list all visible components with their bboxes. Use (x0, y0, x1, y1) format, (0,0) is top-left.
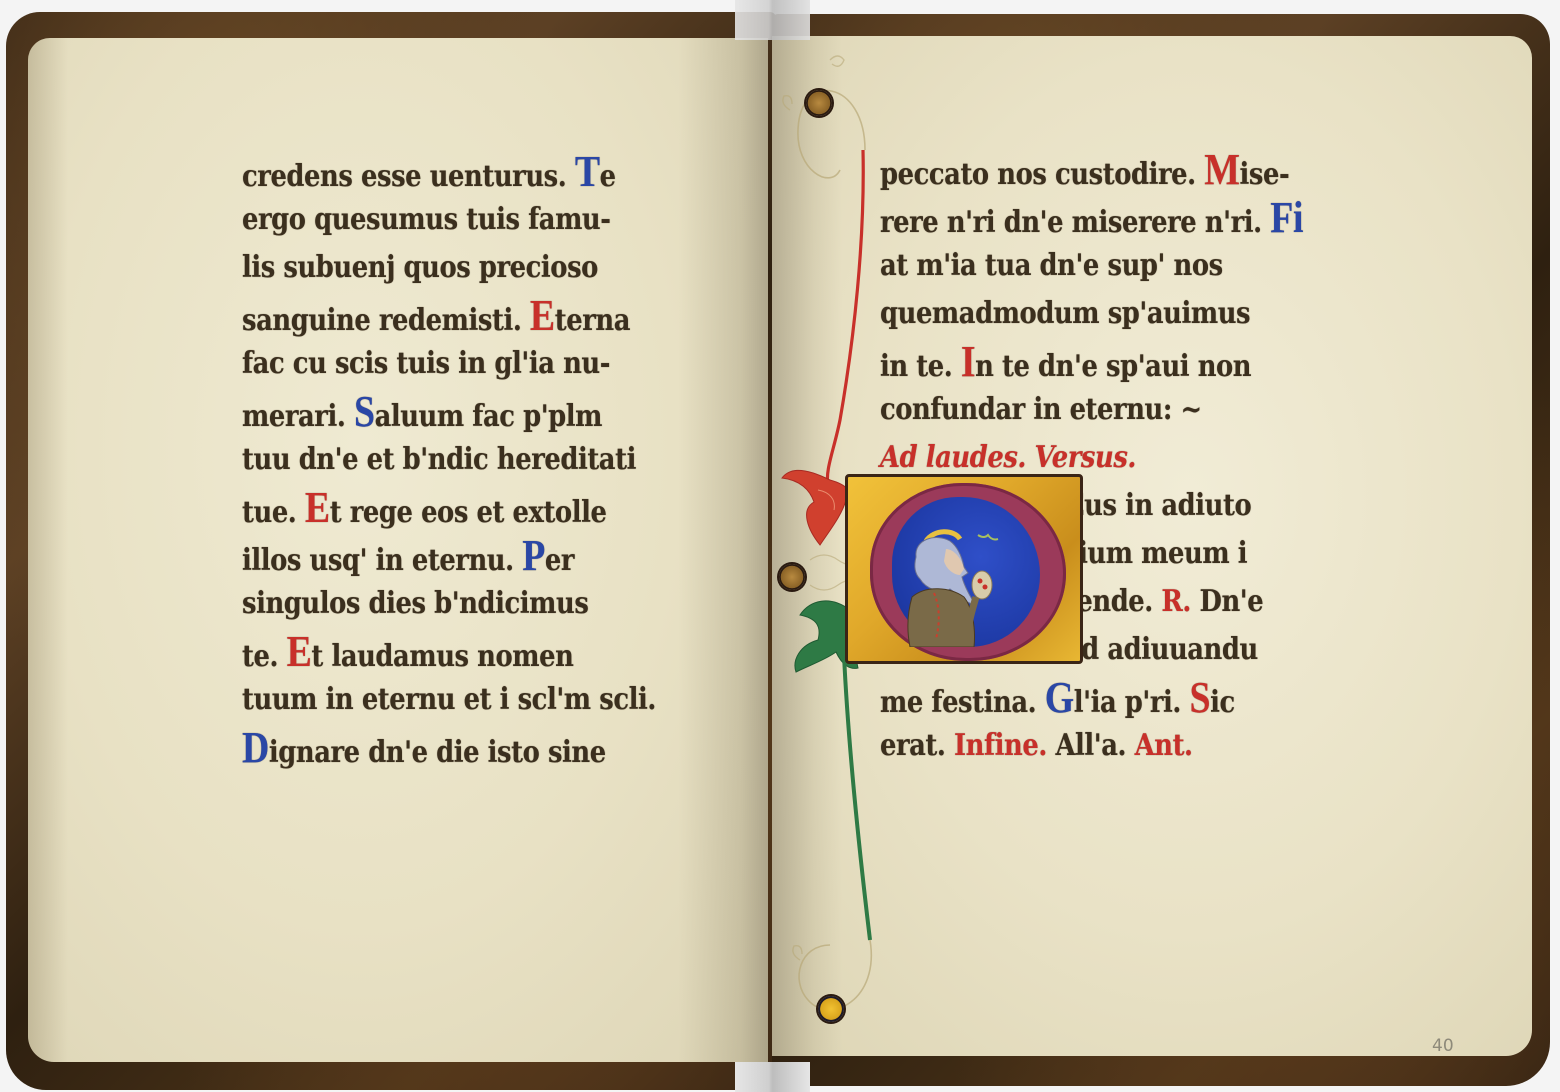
decorated-initial: E (530, 291, 555, 340)
text-segment: singulos dies b'ndicimus (242, 586, 588, 621)
text-segment: t laudamus nomen (311, 639, 573, 674)
decorated-initial: Fi (1270, 193, 1303, 242)
text-line: te. Et laudamus nomen (242, 628, 646, 676)
text-line: me festina. Gl'ia p'ri. Sic (880, 674, 1284, 722)
decorated-initial: P (522, 531, 545, 580)
text-segment: t rege eos et extolle (330, 495, 607, 530)
right-page-text: peccato nos custodire. Mise-rere n'ri dn… (880, 146, 1350, 770)
text-segment: Dn'e (1200, 584, 1264, 619)
rubric-text: Infine. (954, 728, 1055, 763)
open-manuscript: credens esse uenturus. Teergo quesumus t… (0, 0, 1560, 1092)
text-line: peccato nos custodire. Mise- (880, 146, 1284, 194)
text-segment: tuu dn'e et b'ndic hereditati (242, 442, 636, 477)
text-line: at m'ia tua dn'e sup' nos (880, 242, 1284, 290)
text-line: sanguine redemisti. Eterna (242, 292, 646, 340)
decorated-initial: S (1190, 673, 1211, 722)
decorated-initial: E (287, 627, 312, 676)
text-segment: ignare dn'e die isto sine (269, 735, 606, 770)
text-line: confundar in eternu: ~ (880, 386, 1284, 434)
text-segment: l'ia p'ri. (1074, 685, 1190, 720)
text-segment: merari. (242, 399, 354, 434)
rubric-text: Ad laudes. Versus. (880, 440, 1136, 475)
text-line: ergo quesumus tuis famu- (242, 196, 646, 244)
text-segment: e (600, 159, 616, 194)
text-segment: fac cu scis tuis in gl'ia nu- (242, 346, 610, 381)
text-segment: ise- (1240, 157, 1290, 192)
text-line: quemadmodum sp'auimus (880, 290, 1284, 338)
text-line: singulos dies b'ndicimus (242, 580, 646, 628)
roundel-bottom-icon (818, 996, 844, 1022)
text-segment: illos usq' in eternu. (242, 543, 522, 578)
text-line: rere n'ri dn'e miserere n'ri. Fi (880, 194, 1284, 242)
text-line: lis subuenj quos precioso (242, 244, 646, 292)
text-segment: ad adiuuandu (1065, 632, 1258, 667)
gutter-top (735, 0, 810, 40)
text-line: in te. In te dn'e sp'aui non (880, 338, 1284, 386)
text-line: tuu dn'e et b'ndic hereditati (242, 436, 646, 484)
roundel-middle-icon (779, 564, 805, 590)
decorated-initial: E (305, 483, 330, 532)
decorated-initial: T (575, 147, 600, 196)
text-segment: tuum in eternu et i scl'm scli. (242, 682, 656, 717)
rubric-text: Ant. (1135, 728, 1193, 763)
text-segment: sanguine redemisti. (242, 303, 530, 338)
text-line: illos usq' in eternu. Per (242, 532, 646, 580)
text-segment: rium meum i (1065, 536, 1247, 571)
decorated-initial: D (242, 723, 269, 772)
gutter-bottom (735, 1062, 810, 1092)
decorated-initial: I (961, 337, 975, 386)
prophet-figure-icon (906, 527, 1006, 647)
text-line: tuum in eternu et i scl'm scli. (242, 676, 646, 724)
text-segment: ic (1210, 685, 1235, 720)
text-segment: confundar in eternu: ~ (880, 392, 1202, 427)
text-segment: at m'ia tua dn'e sup' nos (880, 248, 1223, 283)
text-segment: credens esse uenturus. (242, 159, 575, 194)
text-line: erat. Infine. All'a. Ant. (880, 722, 1284, 770)
text-segment: ergo quesumus tuis famu- (242, 202, 611, 237)
text-segment: All'a. (1055, 728, 1134, 763)
decorated-initial: M (1204, 145, 1239, 194)
text-segment: rere n'ri dn'e miserere n'ri. (880, 205, 1270, 240)
text-segment: peccato nos custodire. (880, 157, 1204, 192)
decorated-initial: G (1045, 673, 1074, 722)
text-line: Dignare dn'e die isto sine (242, 724, 646, 772)
decorated-initial: S (354, 387, 375, 436)
text-segment: er (545, 543, 574, 578)
text-segment: lis subuenj quos precioso (242, 250, 598, 285)
historiated-initial-d (845, 474, 1083, 664)
text-segment: tue. (242, 495, 305, 530)
text-line: credens esse uenturus. Te (242, 148, 646, 196)
text-line: fac cu scis tuis in gl'ia nu- (242, 340, 646, 388)
text-segment: terna (555, 303, 630, 338)
text-line: merari. Saluum fac p'plm (242, 388, 646, 436)
text-line: tue. Et rege eos et extolle (242, 484, 646, 532)
text-segment: n te dn'e sp'aui non (975, 349, 1251, 384)
left-page-text: credens esse uenturus. Teergo quesumus t… (242, 148, 712, 772)
rubric-text: R. (1161, 584, 1199, 619)
roundel-top-icon (806, 90, 832, 116)
folio-number: 40 (1432, 1036, 1454, 1056)
text-segment: quemadmodum sp'auimus (880, 296, 1250, 331)
text-segment: Eus in adiuto (1065, 488, 1251, 523)
text-segment: me festina. (880, 685, 1045, 720)
text-segment: te. (242, 639, 287, 674)
text-segment: aluum fac p'plm (375, 399, 602, 434)
